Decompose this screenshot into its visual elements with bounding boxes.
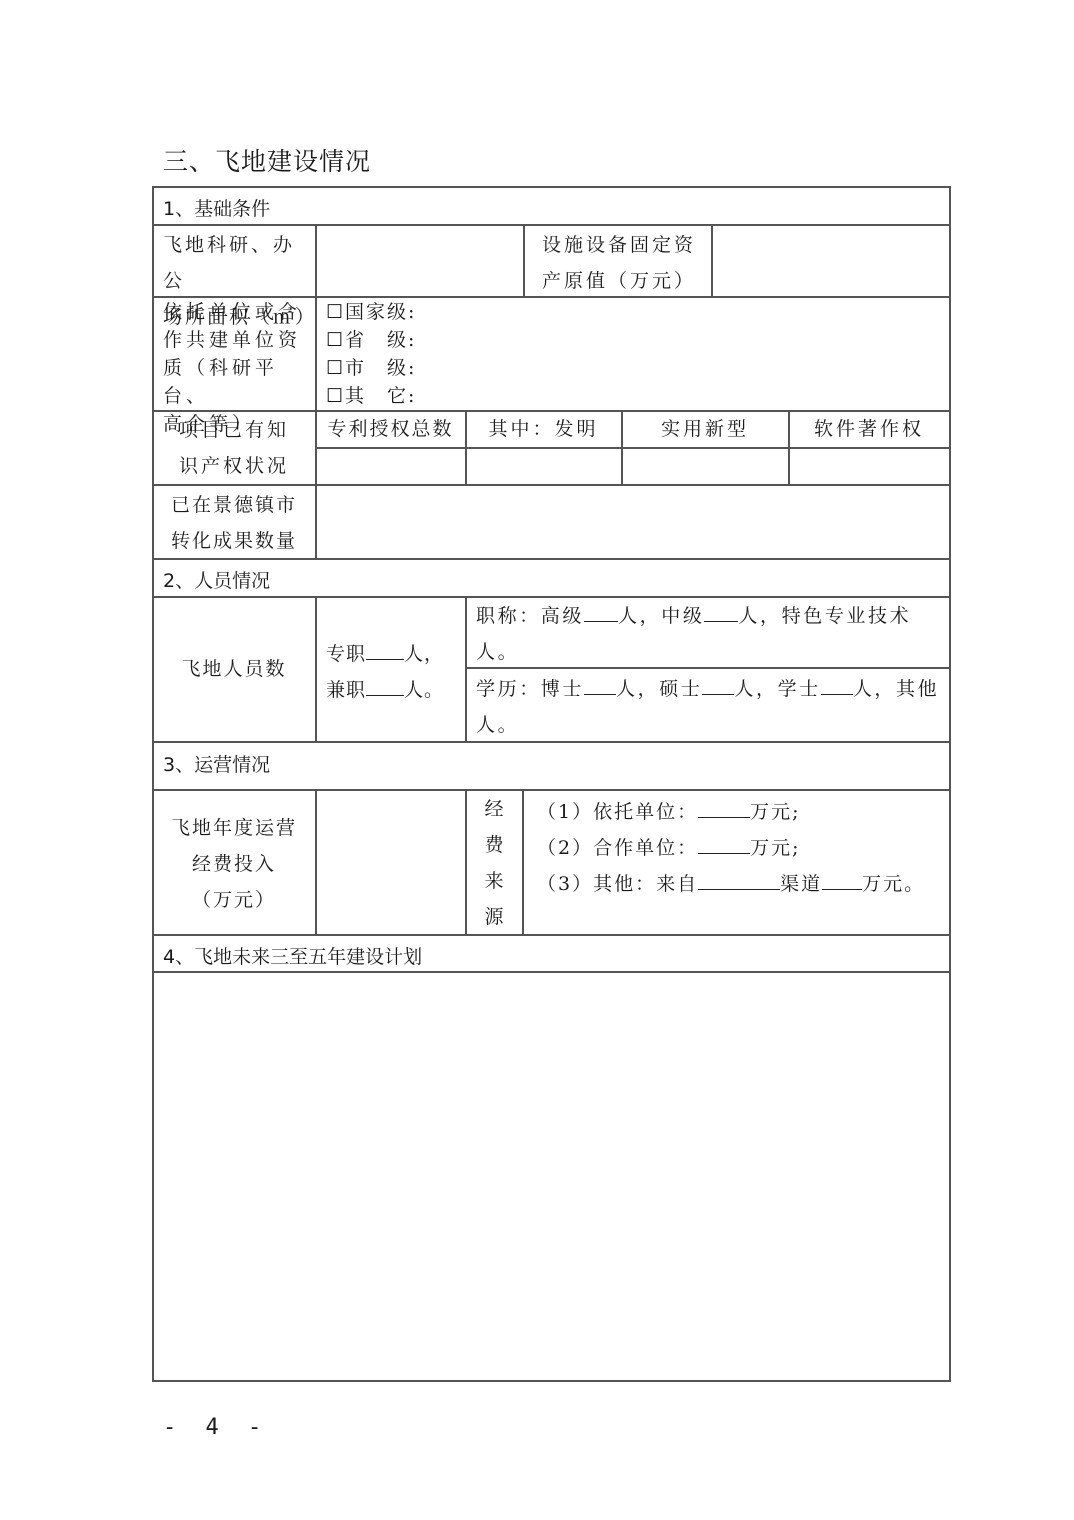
qualification-option-provincial[interactable]: ☐省 级:	[326, 326, 726, 354]
checkbox-icon[interactable]: ☐	[326, 385, 345, 407]
source-other-unit: 万元。	[862, 873, 925, 895]
assets-input[interactable]	[714, 226, 948, 295]
titles-special-label: 人，特色专业技术	[738, 605, 911, 627]
source-partner-unit: 万元;	[750, 837, 800, 859]
education-line: 学历：博士人，硕士人，学士人，其他	[476, 671, 946, 707]
source-partner-line: （2）合作单位：万元;	[537, 830, 947, 866]
checkbox-icon[interactable]: ☐	[326, 329, 345, 351]
master-blank[interactable]	[702, 672, 734, 695]
fulltime-suffix: 人，	[404, 643, 444, 665]
staff-counts: 专职人， 兼职人。	[326, 636, 464, 708]
parttime-label: 兼职	[326, 679, 366, 701]
operation-label-line: （万元）	[153, 882, 315, 918]
source-channel-blank[interactable]	[698, 867, 780, 890]
conversion-label: 已在景德镇市 转化成果数量	[153, 487, 315, 559]
source-host-line: （1）依托单位：万元;	[537, 794, 947, 830]
ip-label-line2: 识产权状况	[153, 448, 315, 484]
col-divider	[522, 789, 524, 934]
titles-senior-label: 职称：高级	[476, 605, 584, 627]
table-border	[152, 1380, 951, 1382]
source-host-unit: 万元;	[750, 801, 800, 823]
ip-header-invention: 其中：发明	[466, 411, 621, 447]
row-divider	[152, 789, 951, 791]
titles-line: 职称：高级人，中级人，特色专业技术	[476, 598, 946, 634]
fulltime-line: 专职人，	[326, 636, 464, 672]
section-header-staff: 2、人员情况	[163, 566, 270, 593]
funding-source-char: 源	[466, 899, 522, 935]
qualification-label-line: 作共建单位资	[163, 326, 313, 354]
edu-bachelor-label: 人，学士	[734, 678, 820, 700]
option-label: 省 级:	[345, 329, 416, 351]
staff-education: 学历：博士人，硕士人，学士人，其他 人。	[476, 671, 946, 743]
titles-end: 人。	[476, 634, 946, 670]
mid-blank[interactable]	[704, 599, 738, 622]
source-host-label: （1）依托单位：	[537, 801, 698, 823]
option-label: 其 它:	[345, 385, 416, 407]
section-header-operation: 3、运营情况	[163, 750, 270, 777]
col-divider	[711, 224, 713, 296]
operation-label: 飞地年度运营 经费投入 （万元）	[153, 810, 315, 918]
source-other-amount-blank[interactable]	[822, 867, 862, 890]
page-number: - 4 -	[163, 1415, 269, 1440]
operation-input[interactable]	[317, 791, 464, 933]
qualification-label-line: 依托单位或合	[163, 298, 313, 326]
funding-source-char: 费	[466, 827, 522, 863]
conversion-input[interactable]	[317, 486, 948, 557]
ip-input-utility[interactable]	[623, 449, 787, 483]
conversion-label-line1: 已在景德镇市	[153, 487, 315, 523]
option-label: 市 级:	[345, 357, 416, 379]
qualification-options: ☐国家级: ☐省 级: ☐市 级: ☐其 它:	[326, 298, 726, 410]
education-end: 人。	[476, 707, 946, 743]
senior-blank[interactable]	[584, 599, 618, 622]
fulltime-blank[interactable]	[366, 637, 404, 660]
edu-phd-label: 学历：博士	[476, 678, 584, 700]
source-partner-label: （2）合作单位：	[537, 837, 698, 859]
ip-header-patents: 专利授权总数	[316, 411, 465, 447]
edu-other-label: 人，其他	[853, 678, 939, 700]
plan-textarea[interactable]	[154, 973, 948, 1379]
phd-blank[interactable]	[584, 672, 616, 695]
assets-label-line1: 设施设备固定资	[542, 227, 710, 263]
parttime-suffix: 人。	[404, 679, 444, 701]
table-border	[949, 186, 951, 1381]
funding-sources: （1）依托单位：万元; （2）合作单位：万元; （3）其他：来自渠道万元。	[537, 794, 947, 902]
table-border	[152, 186, 951, 188]
staff-titles: 职称：高级人，中级人，特色专业技术 人。	[476, 598, 946, 670]
assets-label: 设施设备固定资 产原值（万元）	[542, 227, 710, 299]
bachelor-blank[interactable]	[821, 672, 853, 695]
parttime-line: 兼职人。	[326, 672, 464, 708]
section-title: 三、飞地建设情况	[163, 142, 371, 178]
ip-label: 项目已有知 识产权状况	[153, 412, 315, 484]
ip-header-software: 软件著作权	[789, 411, 949, 447]
fulltime-label: 专职	[326, 643, 366, 665]
qualification-option-other[interactable]: ☐其 它:	[326, 382, 726, 410]
ip-header-utility: 实用新型	[622, 411, 788, 447]
col-divider	[315, 596, 317, 741]
qualification-label-line: 质（科研平台、	[163, 354, 313, 410]
parttime-blank[interactable]	[366, 673, 404, 696]
option-label: 国家级:	[345, 301, 416, 323]
row-divider	[152, 934, 951, 936]
checkbox-icon[interactable]: ☐	[326, 357, 345, 379]
ip-input-patents[interactable]	[317, 449, 464, 483]
col-divider	[465, 596, 467, 741]
section-header-basic: 1、基础条件	[163, 194, 270, 221]
edu-master-label: 人，硕士	[616, 678, 702, 700]
source-other-line: （3）其他：来自渠道万元。	[537, 866, 947, 902]
ip-input-invention[interactable]	[467, 449, 620, 483]
source-channel-label: 渠道	[780, 873, 822, 895]
qualification-option-national[interactable]: ☐国家级:	[326, 298, 726, 326]
staff-label: 飞地人员数	[153, 651, 315, 687]
ip-input-software[interactable]	[790, 449, 948, 483]
funding-source-char: 来	[466, 863, 522, 899]
col-divider	[523, 224, 525, 296]
area-input[interactable]	[318, 226, 521, 295]
source-host-blank[interactable]	[698, 795, 750, 818]
funding-source-char: 经	[466, 791, 522, 827]
operation-label-line: 经费投入	[153, 846, 315, 882]
section-header-plan: 4、飞地未来三至五年建设计划	[163, 942, 422, 969]
source-partner-blank[interactable]	[698, 831, 750, 854]
checkbox-icon[interactable]: ☐	[326, 301, 345, 323]
source-other-label: （3）其他：来自	[537, 873, 698, 895]
area-label-line1: 飞地科研、办公	[163, 227, 313, 299]
operation-label-line: 飞地年度运营	[153, 810, 315, 846]
assets-label-line2: 产原值（万元）	[542, 263, 710, 299]
conversion-label-line2: 转化成果数量	[153, 523, 315, 559]
ip-label-line1: 项目已有知	[153, 412, 315, 448]
funding-source-label: 经 费 来 源	[466, 791, 522, 935]
titles-mid-label: 人，中级	[618, 605, 704, 627]
qualification-option-municipal[interactable]: ☐市 级:	[326, 354, 726, 382]
